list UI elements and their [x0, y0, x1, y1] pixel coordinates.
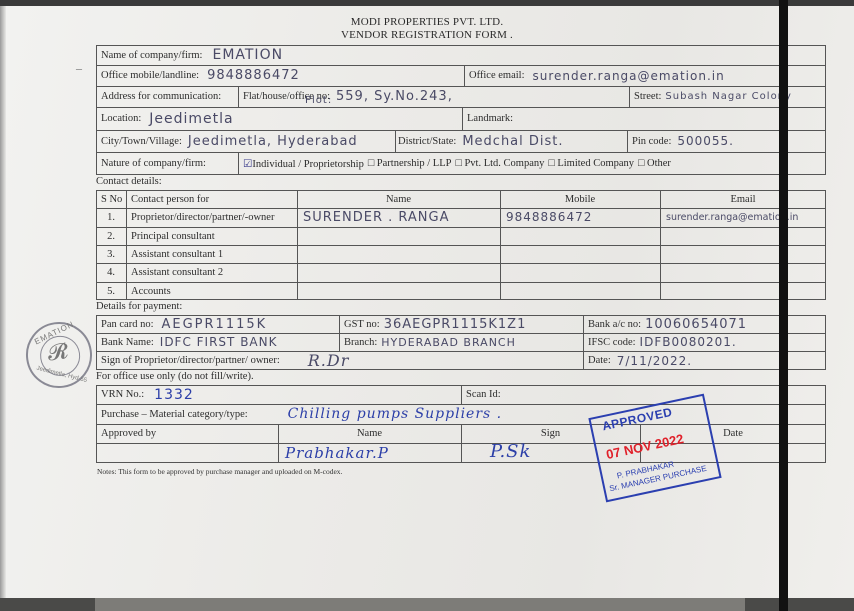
company-name-value: EMATION — [212, 47, 283, 63]
col-divider — [583, 315, 584, 370]
city-value: Jeedimetla, Hyderabad — [188, 134, 358, 149]
stamp-date: 07 NOV 2022 — [605, 431, 685, 462]
approved-by-label: Approved by — [101, 428, 156, 439]
contact-sno-cell: 4. — [96, 263, 126, 281]
bank-name-label: Bank Name: — [101, 337, 154, 348]
location-label: Location: — [101, 113, 141, 124]
contact-role: Principal consultant — [131, 231, 215, 242]
company-heading: MODI PROPERTIES PVT. LTD. — [0, 16, 854, 28]
flat-no-field[interactable]: Flat/house/office no: Plot: 559, Sy.No.2… — [243, 86, 453, 107]
gst-value: 36AEGPR1115K1Z1 — [384, 317, 527, 332]
vrn-field[interactable]: VRN No.: 1332 — [101, 385, 194, 404]
owner-sign-label: Sign of Proprietor/director/partner/ own… — [101, 355, 280, 366]
page-left-shadow — [0, 6, 6, 598]
approved-by-label-cell: Approved by — [101, 424, 156, 443]
street-value: Subash Nagar Colony — [665, 91, 792, 102]
row-divider — [96, 282, 826, 283]
approval-date-label: Date — [723, 428, 743, 439]
contact-role: Assistant consultant 1 — [131, 249, 223, 260]
city-label: City/Town/Village: — [101, 136, 182, 147]
pin-code-field[interactable]: Pin code: 500055. — [632, 130, 734, 152]
form-title: VENDOR REGISTRATION FORM . — [0, 29, 854, 41]
address-label: Address for communication: — [101, 91, 221, 102]
branch-label: Branch: — [344, 337, 377, 348]
pan-label: Pan card no: — [101, 319, 154, 330]
approver-name-value: Prabhakar.P — [285, 444, 389, 462]
city-field[interactable]: City/Town/Village: Jeedimetla, Hyderabad — [101, 130, 358, 152]
contact-column-header: Contact person for — [131, 190, 209, 208]
approver-name-label: Name — [357, 428, 382, 439]
payment-date-label: Date: — [588, 355, 611, 366]
pin-code-label: Pin code: — [632, 136, 671, 147]
landmark-field[interactable]: Landmark: — [467, 107, 519, 130]
contact-column-header: Email — [660, 190, 826, 208]
pin-code-value: 500055. — [677, 134, 734, 148]
street-field[interactable]: Street: Subash Nagar Colony — [634, 86, 792, 107]
contact-column-header: Mobile — [500, 190, 660, 208]
bank-name-field[interactable]: Bank Name: IDFC FIRST BANK — [101, 333, 277, 351]
underlying-page-edge — [95, 598, 745, 611]
col-divider — [126, 190, 127, 300]
ifsc-field[interactable]: IFSC code: IDFB0080201. — [588, 333, 737, 351]
margin-mark: – — [76, 61, 82, 76]
flat-no-value: 559, Sy.No.243, — [336, 89, 453, 104]
col-divider — [464, 65, 465, 86]
contact-sno: 3. — [107, 249, 115, 260]
background-surface — [0, 598, 854, 611]
pan-field[interactable]: Pan card no: AEGPR1115K — [101, 315, 267, 333]
contact-sno: 2. — [107, 231, 115, 242]
col-divider — [339, 315, 340, 351]
nature-option-other[interactable]: □ Other — [638, 158, 671, 169]
contact-sno-cell: 5. — [96, 282, 126, 300]
payment-date-value: 7/11/2022. — [617, 354, 692, 368]
gst-field[interactable]: GST no: 36AEGPR1115K1Z1 — [344, 315, 526, 333]
approver-sign-label: Sign — [541, 428, 560, 439]
district-value: Medchal Dist. — [462, 134, 563, 149]
office-email-field[interactable]: Office email: surender.ranga@emation.in — [469, 65, 725, 86]
owner-sign-field[interactable]: Sign of Proprietor/director/partner/ own… — [101, 351, 349, 370]
col-divider — [629, 86, 630, 107]
contact-role: Accounts — [131, 286, 171, 297]
checkbox-icon: □ — [368, 158, 377, 169]
checkbox-icon: □ — [548, 158, 557, 169]
contact-sno-cell: 2. — [96, 227, 126, 245]
col-divider — [238, 152, 239, 175]
office-phone-label: Office mobile/landline: — [101, 70, 199, 81]
contact-name: SURENDER . RANGA — [303, 210, 449, 225]
approver-signature: P.Sk — [490, 441, 531, 462]
office-email-label: Office email: — [469, 70, 525, 81]
nature-option-label: Individual / Proprietorship — [252, 159, 363, 170]
nature-option-individual[interactable]: ☑Individual / Proprietorship — [243, 158, 364, 170]
checkbox-icon: □ — [638, 158, 647, 169]
scan-id-label: Scan Id: — [466, 389, 501, 400]
ifsc-value: IDFB0080201. — [640, 335, 737, 349]
flat-no-annotation: Plot: — [305, 95, 332, 106]
col-divider — [238, 86, 239, 107]
col-divider — [462, 107, 463, 130]
vrn-label: VRN No.: — [101, 389, 144, 400]
approver-name-field[interactable]: Prabhakar.P — [285, 443, 389, 463]
branch-value: HYDERABAD BRANCH — [381, 336, 516, 349]
seal-signature-mark: 𝓡 — [46, 339, 70, 367]
contact-column-header: Name — [297, 190, 500, 208]
binder-clip-bar — [779, 0, 788, 611]
landmark-label: Landmark: — [467, 113, 513, 124]
bank-name-value: IDFC FIRST BANK — [160, 335, 278, 349]
col-divider — [627, 130, 628, 152]
street-label: Street: — [634, 91, 661, 102]
ifsc-label: IFSC code: — [588, 337, 636, 348]
office-use-heading: For office use only (do not fill/write). — [96, 371, 254, 382]
nature-options: ☑Individual / Proprietorship □ Partnersh… — [243, 152, 671, 175]
contact-sno-cell: 1. — [96, 208, 126, 226]
contact-mobile-cell[interactable]: 9848886472 — [506, 208, 592, 226]
purchase-category-field[interactable]: Purchase – Material category/type: Chill… — [101, 404, 502, 424]
nature-option-label: Partnership / LLP — [377, 158, 452, 169]
bank-ac-field[interactable]: Bank a/c no: 10060654071 — [588, 315, 747, 333]
payment-date-field[interactable]: Date: 7/11/2022. — [588, 351, 692, 370]
purchase-category-label: Purchase – Material category/type: — [101, 409, 248, 420]
contact-role-cell: Assistant consultant 1 — [131, 245, 223, 263]
contact-role-cell: Accounts — [131, 282, 171, 300]
col-divider — [461, 385, 462, 404]
contact-details-heading: Contact details: — [96, 176, 162, 187]
nature-option-limited[interactable]: □ Limited Company — [548, 158, 634, 169]
nature-option-pvt-ltd[interactable]: □ Pvt. Ltd. Company — [455, 158, 544, 169]
nature-option-label: Limited Company — [557, 158, 634, 169]
scan-id-field[interactable]: Scan Id: — [466, 385, 507, 404]
location-field[interactable]: Location: Jeedimetla — [101, 107, 234, 130]
col-divider — [395, 130, 396, 152]
purchase-category-value: Chilling pumps Suppliers . — [288, 406, 502, 422]
address-label-cell: Address for communication: — [101, 86, 221, 107]
company-name-field[interactable]: Name of company/firm: EMATION — [101, 45, 283, 65]
district-label: District/State: — [398, 136, 456, 147]
contact-sno-cell: 3. — [96, 245, 126, 263]
office-phone-field[interactable]: Office mobile/landline: 9848886472 — [101, 65, 300, 86]
checkbox-checked-icon: ☑ — [243, 159, 252, 170]
contact-mobile: 9848886472 — [506, 210, 592, 224]
approver-name-header: Name — [278, 424, 461, 443]
contact-role: Assistant consultant 2 — [131, 267, 223, 278]
gst-label: GST no: — [344, 319, 380, 330]
office-email-value: surender.ranga@emation.in — [533, 69, 725, 83]
contact-sno: 5. — [107, 286, 115, 297]
nature-label-cell: Nature of company/firm: — [101, 152, 206, 175]
contact-role-cell: Principal consultant — [131, 227, 215, 245]
office-phone-value: 9848886472 — [207, 68, 300, 83]
vrn-value: 1332 — [154, 387, 194, 403]
contact-column-header: S No — [101, 190, 122, 208]
approver-sign-field[interactable]: P.Sk — [490, 441, 531, 461]
contact-sno: 4. — [107, 267, 115, 278]
contact-role-cell: Proprietor/director/partner/-owner — [131, 208, 274, 226]
bank-ac-value: 10060654071 — [645, 317, 747, 332]
owner-signature: R.Dr — [308, 351, 350, 370]
form-note: Notes: This form to be approved by purch… — [97, 467, 342, 476]
contact-sno: 1. — [107, 212, 115, 223]
nature-label: Nature of company/firm: — [101, 158, 206, 169]
contact-role-cell: Assistant consultant 2 — [131, 263, 223, 281]
contact-role: Proprietor/director/partner/-owner — [131, 212, 274, 223]
contact-name-cell[interactable]: SURENDER . RANGA — [303, 208, 449, 226]
bank-ac-label: Bank a/c no: — [588, 319, 641, 330]
pan-value: AEGPR1115K — [162, 317, 268, 332]
nature-option-label: Other — [647, 158, 671, 169]
payment-heading: Details for payment: — [96, 301, 182, 312]
location-value: Jeedimetla — [149, 111, 233, 127]
company-name-label: Name of company/firm: — [101, 50, 202, 61]
branch-field[interactable]: Branch: HYDERABAD BRANCH — [344, 333, 516, 351]
nature-option-label: Pvt. Ltd. Company — [464, 158, 544, 169]
district-field[interactable]: District/State: Medchal Dist. — [398, 130, 564, 152]
nature-option-partnership[interactable]: □ Partnership / LLP — [368, 158, 452, 169]
